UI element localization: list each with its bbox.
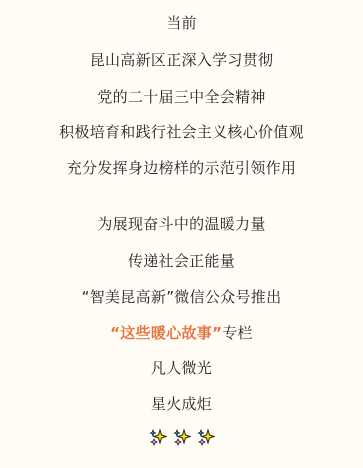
- text-line: 积极培育和践行社会主义核心价值观: [0, 122, 363, 142]
- text-line: 星火成炬: [0, 394, 363, 414]
- sparkles-icon: [173, 428, 191, 446]
- column-title-line: “这些暖心故事”专栏: [0, 323, 363, 343]
- text-line: 当前: [0, 13, 363, 33]
- text-line: “智美昆高新”微信公众号推出: [0, 287, 363, 307]
- text-line: 党的二十届三中全会精神: [0, 87, 363, 107]
- sparkles-icon: [149, 428, 167, 446]
- column-title-highlight: “这些暖心故事”: [110, 324, 222, 342]
- emoji-row: [0, 428, 363, 446]
- text-line: 为展现奋斗中的温暖力量: [0, 214, 363, 234]
- text-line: 凡人微光: [0, 358, 363, 378]
- text-line: 昆山高新区正深入学习贯彻: [0, 50, 363, 70]
- sparkles-icon: [197, 428, 215, 446]
- column-title-suffix: 专栏: [222, 324, 253, 342]
- text-line: 传递社会正能量: [0, 251, 363, 271]
- text-line: 充分发挥身边榜样的示范引领作用: [0, 158, 363, 178]
